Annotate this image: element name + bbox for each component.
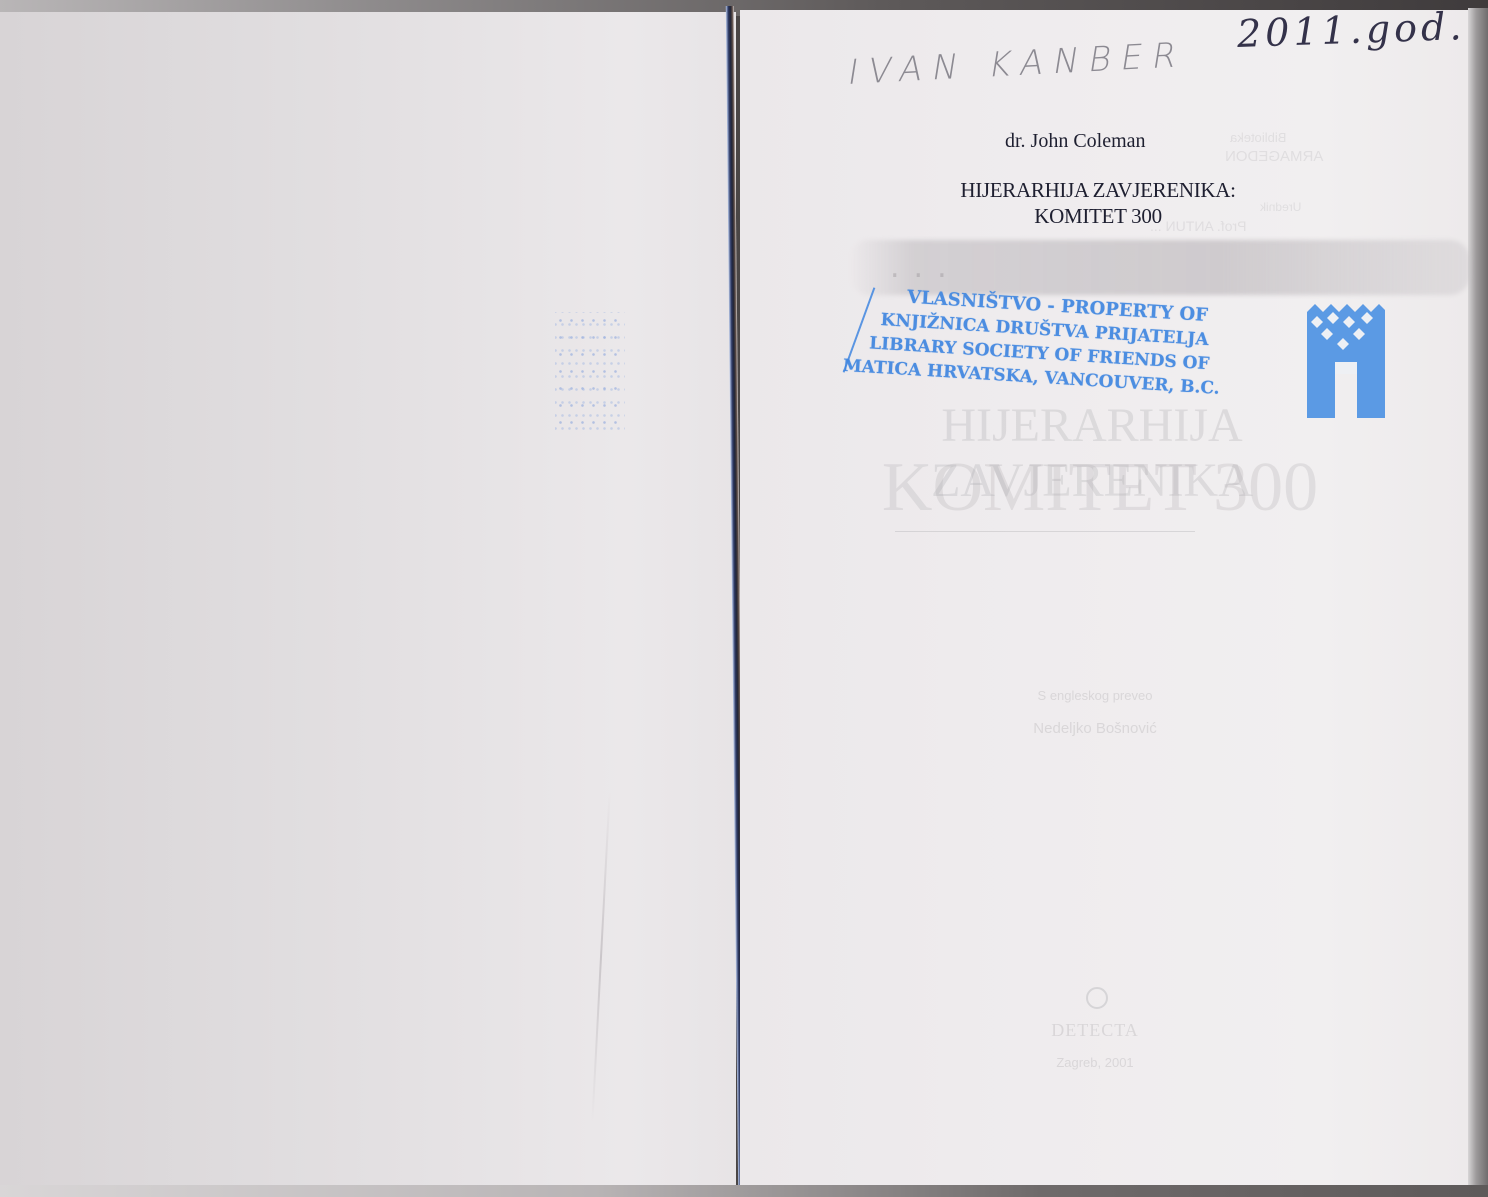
show-through-place-year: Zagreb, 2001	[965, 1055, 1225, 1070]
publisher-logo-icon	[1086, 987, 1108, 1009]
show-through-publisher: DETECTA	[965, 1020, 1225, 1041]
erased-pencil-note: ...	[890, 250, 961, 285]
ink-speckle	[555, 312, 625, 432]
left-page	[0, 12, 736, 1190]
page-edge-right	[1468, 8, 1488, 1191]
book-title-line-2: KOMITET 300	[918, 204, 1278, 229]
book-title-line-1: HIJERARHIJA ZAVJERENIKA:	[918, 178, 1278, 203]
show-through-text: Biblioteka	[1230, 130, 1286, 145]
show-through-text: ARMAGEDON	[1225, 148, 1323, 165]
page-crease	[591, 792, 610, 1122]
scanner-shadow-bottom	[0, 1185, 1488, 1197]
show-through-title-2: KOMITET 300	[870, 448, 1330, 528]
book-scan: Biblioteka ARMAGEDON Urednik Prof. ANTUN…	[0, 0, 1488, 1197]
show-through-translator: Nedeljko Bošnović	[965, 720, 1225, 737]
show-through-rule	[895, 531, 1195, 532]
left-page-ghost-marks	[90, 367, 360, 427]
castle-logo-icon	[1305, 302, 1387, 420]
handwritten-year-note: 2011.god.	[1236, 4, 1466, 56]
book-author: dr. John Coleman	[1005, 130, 1146, 153]
show-through-translation-note: S engleskog preveo	[965, 688, 1225, 703]
